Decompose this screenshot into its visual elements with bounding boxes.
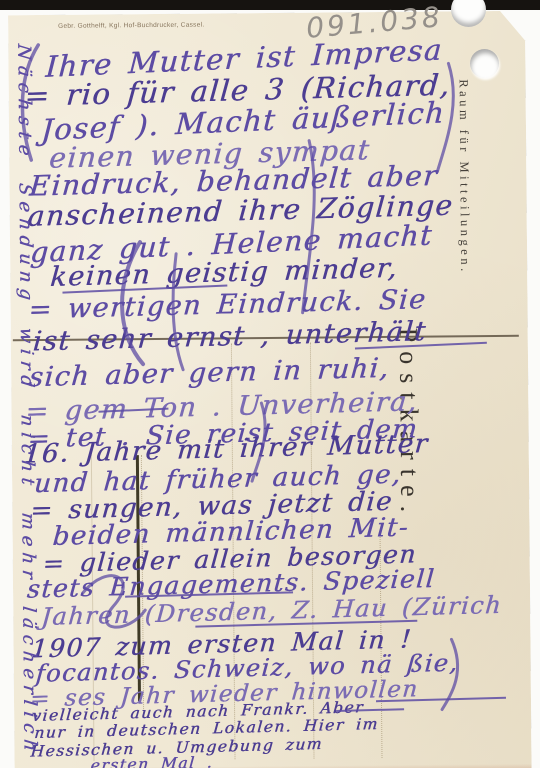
handwriting-margin-note: Nächste Sendung wird nicht mehr lächerli… <box>13 43 40 747</box>
printer-imprint: Gebr. Gotthelft, Kgl. Hof-Buchdrucker, C… <box>58 22 204 30</box>
punch-hole <box>470 49 499 78</box>
raum-fuer-mitteilungen-label: Raum für Mitteilungen. <box>456 79 473 311</box>
underline-stroke <box>336 708 404 712</box>
scanned-postcard-page: { "printer_imprint": "Gebr. Gotthelft, K… <box>0 0 540 768</box>
postcard: Gebr. Gotthelft, Kgl. Hof-Buchdrucker, C… <box>8 11 532 768</box>
handwriting-line: sich aber gern in ruhi, <box>28 353 391 394</box>
